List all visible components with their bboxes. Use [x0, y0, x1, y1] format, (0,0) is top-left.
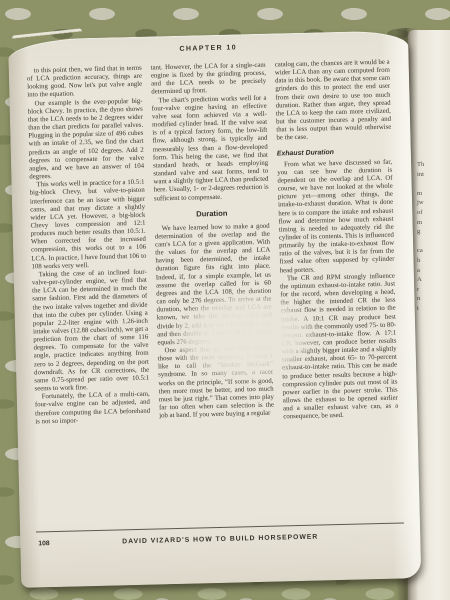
running-title: DAVID VIZARD'S HOW TO BUILD HORSEPOWER	[36, 531, 404, 547]
page-number: 108	[38, 540, 50, 547]
facing-page-text-fragments: Th int m jw of m g ca h a A r n t	[417, 160, 424, 314]
body-paragraph: Our example is the ever-popular big-bloc…	[27, 97, 144, 181]
book-page: CHAPTER 10 to this point then, we find t…	[8, 30, 421, 588]
body-paragraph: to this point then, we find that in term…	[27, 65, 143, 100]
body-paragraph: tant. However, the LCA for a single-cam …	[151, 62, 267, 97]
text-columns: to this point then, we find that in term…	[27, 59, 401, 534]
page-surface: CHAPTER 10 to this point then, we find t…	[8, 30, 421, 588]
body-paragraph: The chart's prediction works well for a …	[151, 94, 269, 203]
column-middle: tant. However, the LCA for a single-cam …	[151, 62, 277, 531]
body-paragraph: We have learned how to make a good deter…	[155, 222, 273, 347]
column-right: catalog cam, the chances are it would be…	[275, 59, 401, 528]
section-heading-duration: Duration	[154, 207, 269, 219]
chapter-header: CHAPTER 10	[8, 40, 408, 57]
column-left: to this point then, we find that in term…	[27, 65, 153, 534]
footer-row: 108 DAVID VIZARD'S HOW TO BUILD HORSEPOW…	[36, 531, 404, 547]
body-paragraph: One aspect that all too often afflicts t…	[158, 345, 275, 421]
body-paragraph: The CR and RPM strongly influence the op…	[280, 272, 399, 422]
body-paragraph: From what we have discussed so far, you …	[277, 158, 395, 275]
body-paragraph: Taking the case of an inclined four-valv…	[32, 269, 150, 394]
subheading-exhaust-duration: Exhaust Duration	[277, 147, 392, 157]
body-paragraph: This works well in practice for a 10.5:1…	[29, 179, 146, 272]
body-paragraph: catalog cam, the chances are it would be…	[275, 59, 392, 143]
body-paragraph: Fortunately, the LCA of a multi-cam, fou…	[35, 391, 151, 426]
